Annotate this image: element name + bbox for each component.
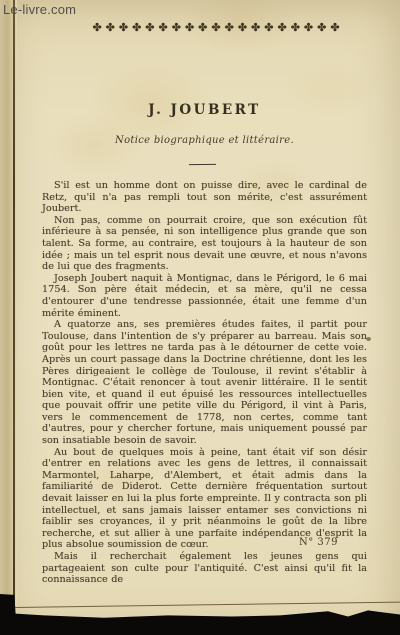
body-paragraph: A quatorze ans, ses premières études fai…: [42, 319, 367, 447]
scan-watermark: Le-livre.com: [3, 2, 76, 17]
body-paragraph: Joseph Joubert naquit à Montignac, dans …: [42, 273, 367, 319]
page-subtitle: Notice biographique et littéraire.: [42, 135, 367, 146]
ornament-border: ✤✤✤✤✤✤✤✤✤✤✤✤✤✤✤✤✤✤✤: [62, 21, 374, 34]
body-paragraph: Mais il recherchait également les jeunes…: [42, 551, 367, 586]
body-paragraph: Au bout de quelques mois à peine, tant é…: [42, 447, 367, 551]
scanned-book-page: Le-livre.com ✤✤✤✤✤✤✤✤✤✤✤✤✤✤✤✤✤✤✤ J. JOUB…: [0, 0, 400, 635]
article-body: S'il est un homme dont on puisse dire, a…: [42, 180, 367, 586]
body-paragraph: Non pas, comme on pourrait croire, que s…: [42, 215, 367, 273]
issue-number: N° 379: [299, 537, 338, 548]
page-title: J. JOUBERT: [42, 102, 367, 118]
book-fold-line: [13, 0, 15, 615]
ink-speck: [366, 337, 371, 341]
body-paragraph: S'il est un homme dont on puisse dire, a…: [42, 180, 367, 215]
